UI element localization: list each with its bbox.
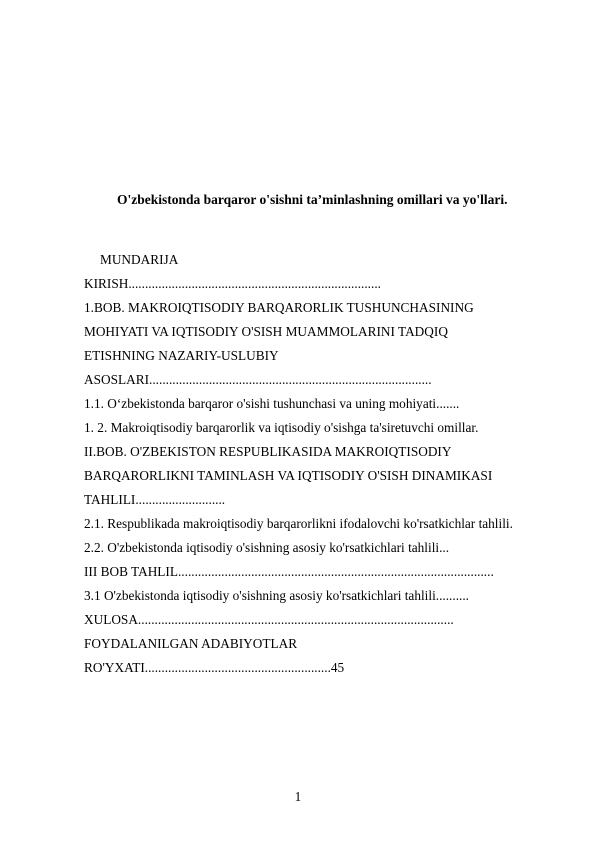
document-title: O'zbekistonda barqaror o'sishni ta’minla…	[117, 192, 507, 208]
page-number: 1	[0, 789, 596, 805]
toc-entry-xulosa: XULOSA..................................…	[84, 608, 554, 632]
toc-entry-chapter-2-line-2: BARQARORLIKNI TAMINLASH VA IQTISODIY O'S…	[84, 464, 554, 488]
toc-entry-references-line-1: FOYDALANILGAN ADABIYOTLAR	[84, 632, 554, 656]
toc-entry-references-line-2: RO'YXATI................................…	[84, 656, 554, 680]
toc-entry-section-3-1: 3.1 O'zbekistonda iqtisodiy o'sishning a…	[84, 584, 554, 608]
toc-entry-chapter-1-line-1: 1.BOB. MAKROIQTISODIY BARQARORLIK TUSHUN…	[84, 296, 554, 320]
toc-entry-section-1-1: 1.1. O‘zbekistonda barqaror o'sishi tush…	[84, 392, 554, 416]
toc-entry-section-2-2: 2.2. O'zbekistonda iqtisodiy o'sishning …	[84, 536, 554, 560]
toc-entry-section-1-2: 1. 2. Makroiqtisodiy barqarorlik va iqti…	[84, 416, 554, 440]
toc-heading: MUNDARIJA	[84, 248, 554, 272]
toc-entry-chapter-2-line-1: II.BOB. O'ZBEKISTON RESPUBLIKASIDA MAKRO…	[84, 440, 554, 464]
toc-entry-chapter-2-line-3: TAHLILI...........................	[84, 488, 554, 512]
toc-entry-chapter-3: III BOB TAHLIL..........................…	[84, 560, 554, 584]
toc-entry-section-2-1: 2.1. Respublikada makroiqtisodiy barqaro…	[84, 512, 554, 536]
toc-entry-chapter-1-line-4: ASOSLARI................................…	[84, 368, 554, 392]
table-of-contents: MUNDARIJA KIRISH........................…	[84, 248, 554, 680]
toc-entry-chapter-1-line-2: MOHIYATI VA IQTISODIY O'SISH MUAMMOLARIN…	[84, 320, 554, 344]
toc-entry-chapter-1-line-3: ETISHNING NAZARIY-USLUBIY	[84, 344, 554, 368]
toc-entry-kirish: KIRISH..................................…	[84, 272, 554, 296]
document-page: O'zbekistonda barqaror o'sishni ta’minla…	[0, 0, 596, 842]
